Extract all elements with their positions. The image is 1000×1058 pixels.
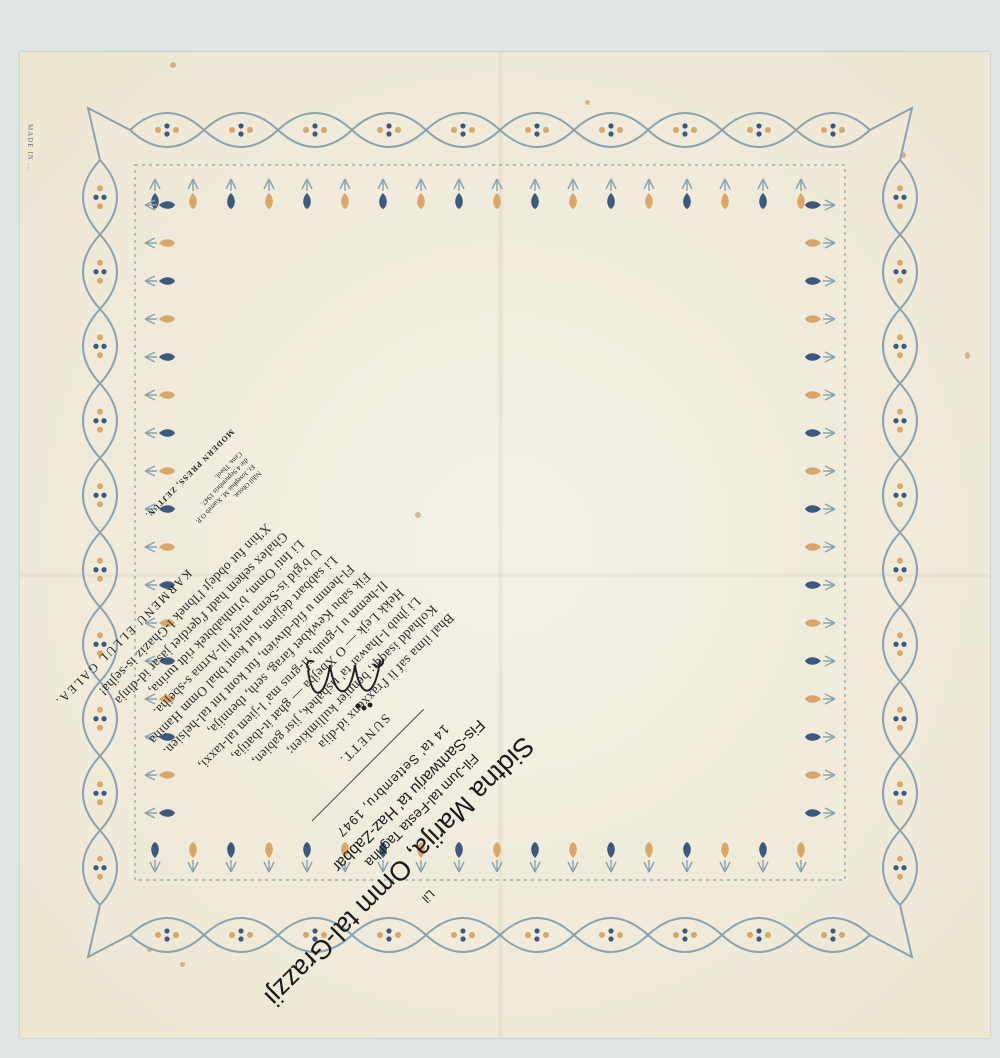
monogram-icon	[300, 640, 390, 720]
decorative-border	[0, 0, 1000, 1058]
